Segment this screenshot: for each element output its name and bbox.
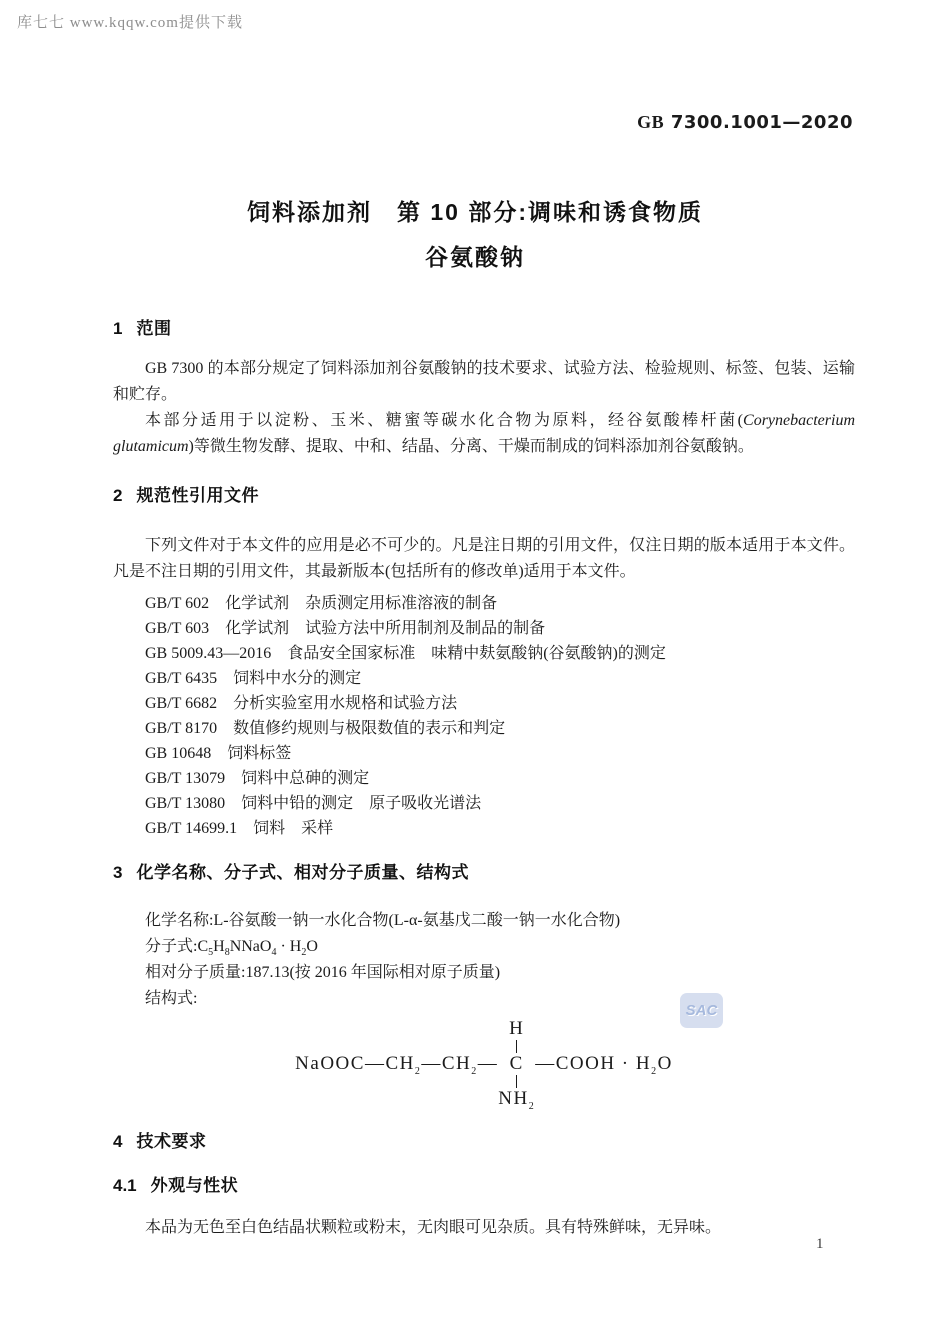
- structure-center-column: H C NH2: [498, 1020, 535, 1108]
- relative-mass-line: 相对分子质量:187.13(按 2016 年国际相对原子质量): [145, 960, 855, 986]
- document-body: 1范围 GB 7300 的本部分规定了饲料添加剂谷氨酸钠的技术要求、试验方法、检…: [113, 306, 855, 1241]
- section-2-title: 规范性引用文件: [136, 485, 259, 507]
- bond-top-icon: [516, 1040, 517, 1053]
- section-3-heading: 3化学名称、分子式、相对分子质量、结构式: [113, 862, 855, 884]
- reference-item: GB/T 602 化学试剂 杂质测定用标准溶液的制备: [145, 591, 855, 616]
- chemical-name-line: 化学名称:L-谷氨酸一钠一水化合物(L-α-氨基戊二酸一钠一水化合物): [145, 908, 855, 934]
- section-4-1-heading: 4.1外观与性状: [113, 1175, 855, 1197]
- standard-number: GB 7300.1001—2020: [637, 112, 853, 133]
- watermark: 库七七 www.kqqw.com提供下载: [17, 11, 243, 32]
- structure-amino-group: NH2: [498, 1090, 535, 1108]
- reference-item: GB/T 8170 数值修约规则与极限数值的表示和判定: [145, 716, 855, 741]
- structure-right-chain: —COOH · H2O: [535, 1054, 673, 1074]
- chemical-info: 化学名称:L-谷氨酸一钠一水化合物(L-α-氨基戊二酸一钠一水化合物) 分子式:…: [145, 908, 855, 1012]
- section-4-number: 4: [113, 1131, 122, 1153]
- reference-item: GB/T 6435 饲料中水分的测定: [145, 666, 855, 691]
- reference-item: GB/T 6682 分析实验室用水规格和试验方法: [145, 691, 855, 716]
- section-2-number: 2: [113, 485, 122, 507]
- structure-label: 结构式:: [145, 986, 855, 1012]
- reference-item: GB/T 13080 饲料中铅的测定 原子吸收光谱法: [145, 791, 855, 816]
- reference-item: GB/T 13079 饲料中总砷的测定: [145, 766, 855, 791]
- structure-carbon-atom: C: [510, 1055, 524, 1073]
- reference-list: GB/T 602 化学试剂 杂质测定用标准溶液的制备GB/T 603 化学试剂 …: [145, 591, 855, 841]
- standard-number-digits: 7300.1001—2020: [664, 112, 853, 133]
- document-title-line2: 谷氨酸钠: [0, 235, 950, 280]
- section-3-title: 化学名称、分子式、相对分子质量、结构式: [136, 862, 469, 884]
- standard-number-prefix: GB: [637, 112, 664, 132]
- sac-logo-icon: SAC: [680, 993, 723, 1028]
- section-4-title: 技术要求: [136, 1131, 206, 1153]
- reference-item: GB 10648 饲料标签: [145, 741, 855, 766]
- section-4-1-number: 4.1: [113, 1175, 137, 1197]
- section-1-title: 范围: [136, 318, 171, 340]
- appearance-paragraph: 本品为无色至白色结晶状颗粒或粉末，无肉眼可见杂质。具有特殊鲜味，无异味。: [113, 1215, 855, 1241]
- references-intro: 下列文件对于本文件的应用是必不可少的。凡是注日期的引用文件，仅注日期的版本适用于…: [113, 533, 855, 585]
- section-4-1-title: 外观与性状: [151, 1175, 239, 1197]
- document-page: 库七七 www.kqqw.com提供下载 GB 7300.1001—2020 饲…: [0, 0, 950, 1344]
- bond-bottom-icon: [516, 1075, 517, 1088]
- reference-item: GB/T 603 化学试剂 试验方法中所用制剂及制品的制备: [145, 616, 855, 641]
- scope-paragraph-1: GB 7300 的本部分规定了饲料添加剂谷氨酸钠的技术要求、试验方法、检验规则、…: [113, 356, 855, 408]
- section-4-heading: 4技术要求: [113, 1131, 855, 1153]
- document-title: 饲料添加剂 第 10 部分:调味和诱食物质 谷氨酸钠: [0, 190, 950, 280]
- structure-left-chain: NaOOC—CH2—CH2—: [295, 1054, 498, 1074]
- section-1-number: 1: [113, 318, 122, 340]
- structural-formula: NaOOC—CH2—CH2— H C NH2 —COOH · H2O: [113, 1016, 855, 1112]
- section-3-number: 3: [113, 862, 122, 884]
- section-2-heading: 2规范性引用文件: [113, 485, 855, 507]
- molecular-formula-line: 分子式:C5H8NNaO4 · H2O: [145, 934, 855, 960]
- reference-item: GB 5009.43—2016 食品安全国家标准 味精中麸氨酸钠(谷氨酸钠)的测…: [145, 641, 855, 666]
- section-1-heading: 1范围: [113, 318, 855, 340]
- document-title-line1: 饲料添加剂 第 10 部分:调味和诱食物质: [0, 190, 950, 235]
- structure-hydrogen-atom: H: [509, 1020, 524, 1038]
- scope-paragraph-2: 本部分适用于以淀粉、玉米、糖蜜等碳水化合物为原料，经谷氨酸棒杆菌(Coryneb…: [113, 408, 855, 460]
- reference-item: GB/T 14699.1 饲料 采样: [145, 816, 855, 841]
- page-number: 1: [816, 1236, 824, 1253]
